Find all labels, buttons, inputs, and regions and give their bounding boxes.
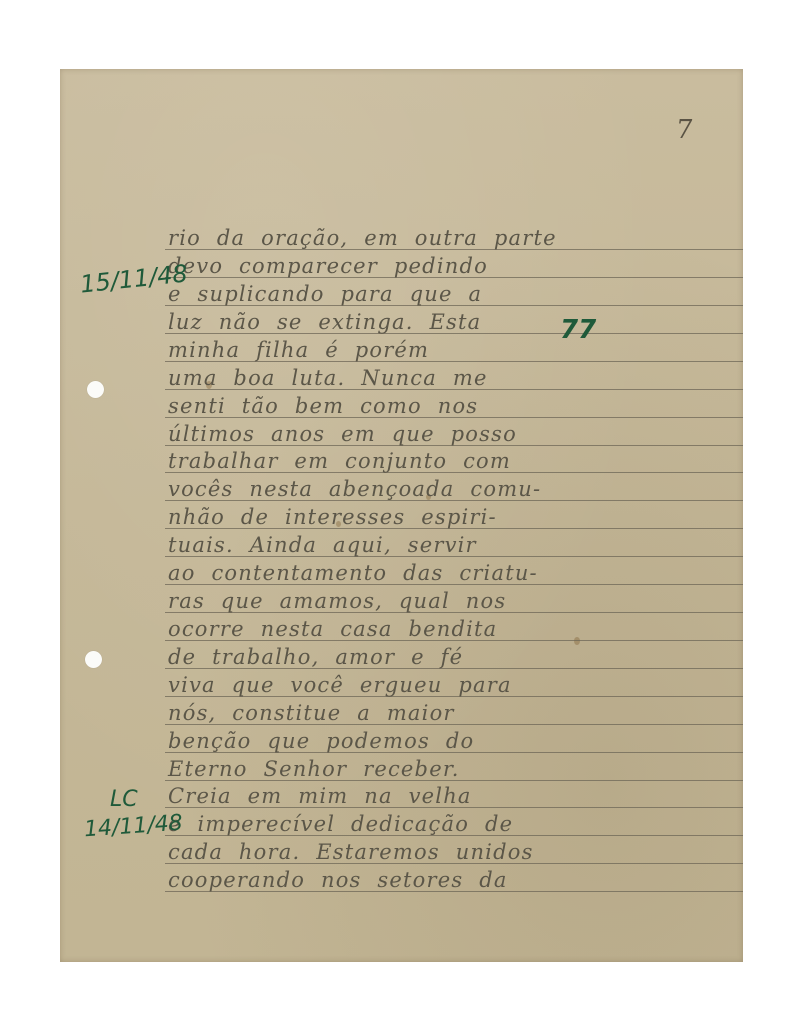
text-line: vocês nesta abençoada comu- [168, 475, 738, 503]
text-line: de trabalho, amor e fé [168, 643, 738, 671]
text-line: minha filha é porém [168, 336, 738, 364]
text-line: viva que você ergueu para [168, 671, 738, 699]
text-line: devo comparecer pedindo [168, 252, 738, 280]
text-line: Eterno Senhor receber. [168, 755, 738, 783]
text-line: ras que amamos, qual nos [168, 587, 738, 615]
text-line: ao contentamento das criatu- [168, 559, 738, 587]
manuscript-page: 7 rio da oração, em outra parte devo com… [60, 69, 743, 962]
text-line: cada hora. Estaremos unidos [168, 838, 738, 866]
text-line: e imperecível dedicação de [168, 810, 738, 838]
text-line: senti tão bem como nos [168, 392, 738, 420]
text-line: Creia em mim na velha [168, 782, 738, 810]
text-line: tuais. Ainda aqui, servir [168, 531, 738, 559]
text-line: e suplicando para que a [168, 280, 738, 308]
text-line: trabalhar em conjunto com [168, 447, 738, 475]
text-line: nhão de interesses espiri- [168, 503, 738, 531]
text-line: rio da oração, em outra parte [168, 224, 738, 252]
quote-mark-annotation: 77 [560, 315, 596, 345]
text-line: nós, constitue a maior [168, 699, 738, 727]
text-line: ocorre nesta casa bendita [168, 615, 738, 643]
text-line: luz não se extinga. Esta [168, 308, 738, 336]
punch-hole-bottom [85, 651, 102, 668]
text-line: últimos anos em que posso [168, 420, 738, 448]
text-line: uma boa luta. Nunca me [168, 364, 738, 392]
lc-mark-annotation: LC [110, 787, 138, 812]
text-line: cooperando nos setores da [168, 866, 738, 894]
punch-hole-top [87, 381, 104, 398]
text-line: benção que podemos do [168, 727, 738, 755]
